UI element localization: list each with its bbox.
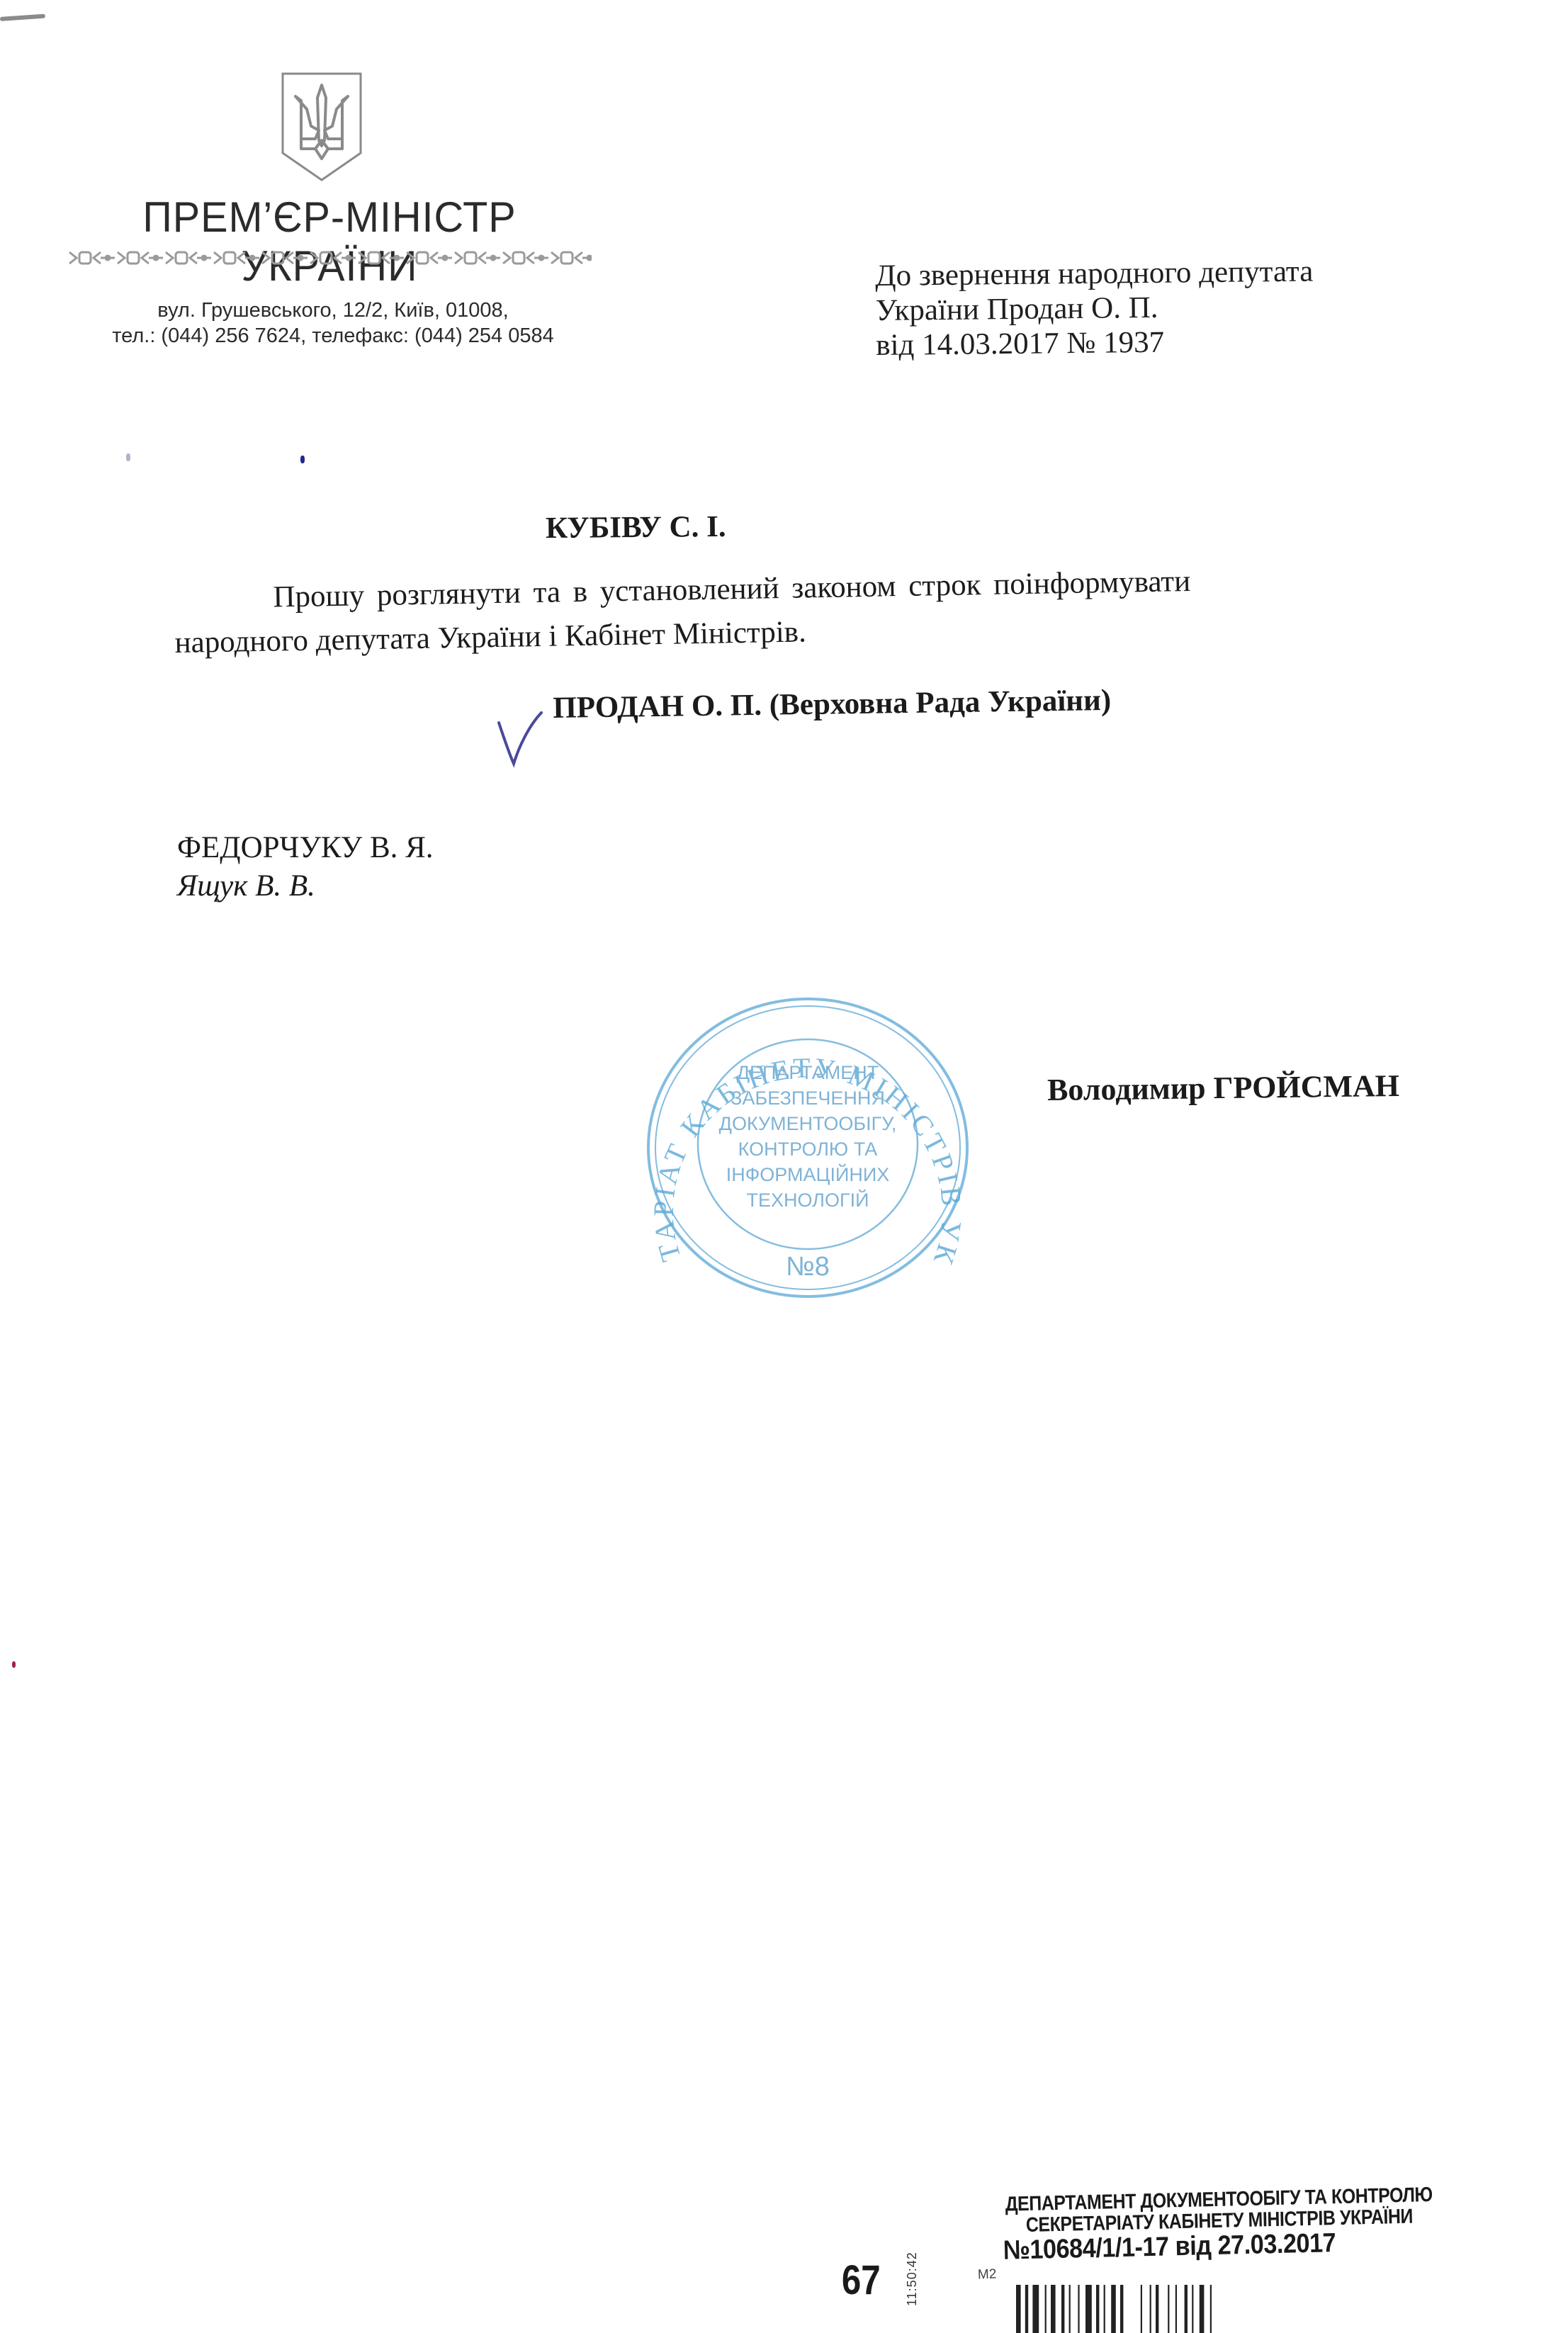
address-phone: тел.: (044) 256 7624, телефакс: (044) 25… [71,323,595,349]
letterhead-title: ПРЕМ’ЄР-МІНІСТР УКРАЇНИ [74,193,585,290]
department-stamp: СЕКРЕТАРІАТ КАБІНЕТУ МІНІСТРІВ УКРАЇНИ Д… [641,988,974,1307]
resolution-text: Прошу розглянути та в установлений закон… [174,555,1443,665]
copy-to-block: ФЕДОРЧУКУ В. Я. Ящук В. В. [177,829,434,905]
reference-line: До звернення народного депутата [875,254,1314,293]
registration-code: M2 [978,2267,997,2283]
ink-speck [300,456,305,463]
reference-line: від 14.03.2017 № 1937 [876,324,1314,363]
handwritten-checkmark-icon [495,708,544,772]
page-number: 67 [842,2256,881,2304]
embroidery-ornament [64,248,592,268]
stamp-inner-line: ІНФОРМАЦІЙНИХ [726,1163,890,1185]
reference-line: України Продан О. П. [876,289,1314,328]
stamp-number: №8 [786,1252,830,1282]
addressee: КУБІВУ С. І. [546,509,726,546]
stamp-inner-line: ДОКУМЕНТООБІГУ, [719,1113,897,1134]
registration-stamp: ДЕПАРТАМЕНТ ДОКУМЕНТООБІГУ ТА КОНТРОЛЮ С… [964,2184,1475,2266]
stamp-inner-line: ДЕПАРТАМЕНТ [737,1062,879,1083]
registration-time: 11:50:42 [905,2252,920,2306]
ink-speck [12,1661,16,1668]
stamp-inner-line: ЗАБЕЗПЕЧЕННЯ [731,1088,885,1109]
executor-name: Ящук В. В. [177,867,434,905]
stamp-inner-line: КОНТРОЛЮ ТА [738,1139,878,1160]
reference-block: До звернення народного депутата України … [875,254,1314,363]
trident-coat-of-arms-icon [280,69,363,183]
stamp-inner-line: ТЕХНОЛОГІЙ [747,1189,869,1211]
registration-barcode [1015,2285,1326,2333]
address-street: вул. Грушевського, 12/2, Київ, 01008, [71,298,595,323]
copy-to-name: ФЕДОРЧУКУ В. Я. [177,831,434,864]
signature-name: Володимир ГРОЙСМАН [1047,1068,1400,1108]
letterhead-address: вул. Грушевського, 12/2, Київ, 01008, те… [71,298,595,349]
ink-speck [126,453,130,461]
scan-edge-mark [0,14,45,21]
recipient: ПРОДАН О. П. (Верховна Рада України) [553,683,1111,725]
